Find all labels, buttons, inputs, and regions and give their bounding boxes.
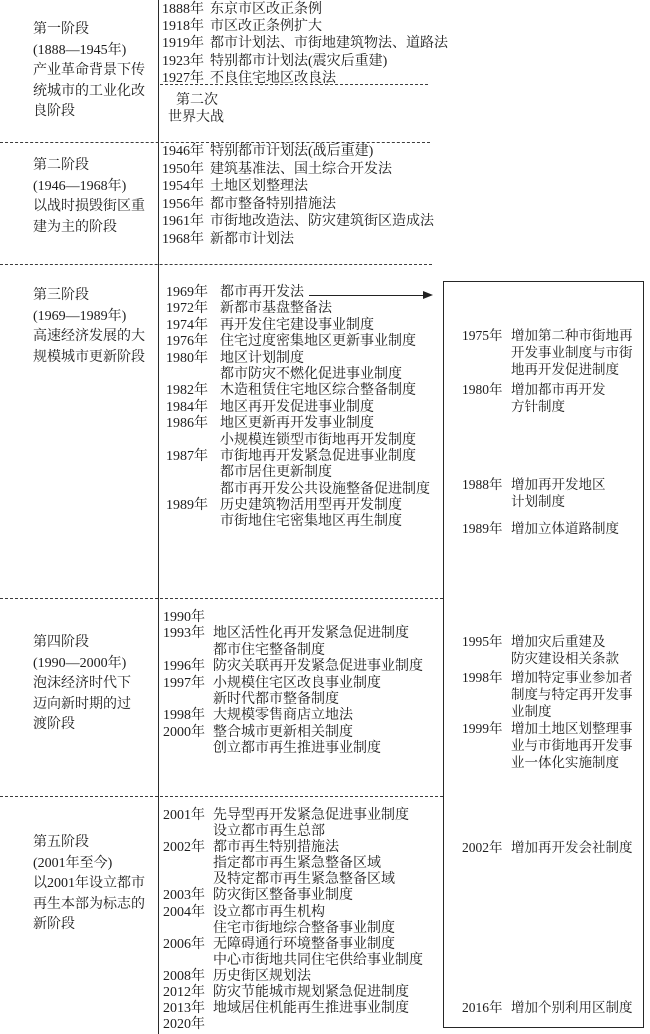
year-label [166,465,220,481]
law-text: 小规模住宅区改良事业制度 [213,676,381,692]
year-label: 2004年 [163,905,213,921]
law-text: 市街地再开发紧急促进事业制度 [220,449,416,465]
timeline-row: 1927年不良住宅地区改良法 [162,70,448,87]
year-label: 1989年 [166,498,220,514]
timeline-row: 1954年土地区划整理法 [162,178,434,196]
law-text: 防灾街区整备事业制度 [213,888,353,904]
law-text: 都市再开发公共设施整备促进制度 [220,482,430,498]
timeline-row: 1980年地区计划制度 [166,351,430,367]
year-label [166,482,220,498]
amendment-item: 1980年 增加都市再开发 方针制度 [444,381,643,415]
law-text: 土地区划整理法 [210,178,308,196]
stage-period: (1888—1945年) [33,41,153,62]
timeline-row: 1976年住宅过度密集地区更新事业制度 [166,334,430,350]
year-label: 1980年 [462,381,511,415]
year-label: 1919年 [162,35,210,52]
stage-3-label: 第三阶段 (1969—1989年) 高速经济发展的大 规模城市更新阶段 [33,286,153,368]
timeline-row: 中心市街地共同住宅供给事业制度 [163,953,423,969]
year-label: 1998年 [462,669,511,720]
stage-period: (2001年至今) [33,854,153,875]
timeline-row: 都市住宅整备制度 [163,643,423,659]
year-label: 1986年 [166,416,220,432]
stage-title: 第五阶段 [33,833,153,854]
timeline-row: 1968年新都市计划法 [162,231,434,249]
stage-1-laws: 1888年东京市区改正条例1918年市区改正条例扩大1919年都市计划法、市街地… [162,1,448,87]
amendment-item: 1995年 增加灾后重建及 防灾建设相关条款 [444,633,643,667]
year-label: 1969年 [166,285,220,301]
year-label: 1974年 [166,318,220,334]
law-text: 大规模零售商店立地法 [213,708,353,724]
law-text: 都市居住更新制度 [220,465,332,481]
year-label: 1968年 [162,231,210,249]
law-text: 指定都市再生紧急整备区域 [213,856,381,872]
law-text: 先导型再开发紧急促进事业制度 [213,808,409,824]
law-text: 小规模连锁型市街地再开发制度 [220,433,416,449]
timeline-row: 2006年无障碍通行环境整备事业制度 [163,937,423,953]
stage-2-laws: 1946年特别都市计划法(战后重建)1950年建筑基准法、国土综合开发法1954… [162,143,434,249]
stage-description: 高速经济发展的大 规模城市更新阶段 [33,327,153,368]
timeline-row: 1946年特别都市计划法(战后重建) [162,143,434,161]
year-label: 1972年 [166,301,220,317]
law-text: 不良住宅地区改良法 [210,70,336,87]
wwii-line-2: 世界大战 [168,109,224,126]
timeline-row: 2020年 [163,1017,423,1033]
stage-period: (1969—1989年) [33,307,153,328]
law-text: 都市防灾不燃化促进事业制度 [220,367,402,383]
year-label: 1961年 [162,213,210,231]
year-label: 1984年 [166,400,220,416]
timeline-row: 2000年整合城市更新相关制度 [163,725,423,741]
law-text: 都市住宅整备制度 [213,643,325,659]
timeline-row: 1919年都市计划法、市街地建筑物法、道路法 [162,35,448,52]
timeline-row: 都市再开发公共设施整备促进制度 [166,482,430,498]
stage-period: (1946—1968年) [33,177,153,198]
year-label: 1995年 [462,633,511,667]
law-text: 市街地住宅密集地区再生制度 [220,514,402,530]
year-label: 1990年 [163,610,213,626]
timeline-row: 1923年特别都市计划法(震灾后重建) [162,53,448,70]
stage-4-label: 第四阶段 (1990—2000年) 泡沫经济时代下 迈向新时期的过 渡阶段 [33,633,153,736]
law-text: 地区更新再开发事业制度 [220,416,374,432]
year-label: 1999年 [462,720,511,771]
timeline-row: 2013年地域居住机能再生推进事业制度 [163,1001,423,1017]
amendment-item: 1988年 增加再开发地区 计划制度 [444,476,643,510]
timeline-row: 1972年新都市基盘整备法 [166,301,430,317]
timeline-row: 1950年建筑基准法、国土综合开发法 [162,161,434,179]
amendment-text: 增加灾后重建及 防灾建设相关条款 [511,633,643,667]
amendment-text: 增加第二种市街地再 开发事业制度与市街 地再开发促进制度 [511,327,643,378]
stage-5-label: 第五阶段 (2001年至今) 以2001年设立都市 再生本部为标志的 新阶段 [33,833,153,936]
timeline-row: 1888年东京市区改正条例 [162,1,448,18]
year-label: 1998年 [163,708,213,724]
year-label [166,433,220,449]
year-label: 2002年 [163,840,213,856]
law-text: 无障碍通行环境整备事业制度 [213,937,395,953]
stage-description: 泡沫经济时代下 迈向新时期的过 渡阶段 [33,674,153,736]
law-text: 创立都市再生推进事业制度 [213,741,381,757]
law-text: 东京市区改正条例 [210,1,322,18]
arrow-right-icon [309,295,423,296]
year-label: 1993年 [163,626,213,642]
stage-period: (1990—2000年) [33,654,153,675]
year-label: 1956年 [162,196,210,214]
stage-1-label: 第一阶段 (1888—1945年) 产业革命背景下传 统城市的工业化改 良阶段 [33,20,153,123]
timeline-row: 1989年历史建筑物活用型再开发制度 [166,498,430,514]
amendment-item: 1999年 增加土地区划整理事 业与市街地再开发事 业一体化实施制度 [444,720,643,771]
timeline-row: 1990年 [163,610,423,626]
timeline-row: 1996年防灾关联再开发紧急促进事业制度 [163,659,423,675]
law-text: 都市计划法、市街地建筑物法、道路法 [210,35,448,52]
year-label [163,872,213,888]
stage-5-laws: 2001年先导型再开发紧急促进事业制度设立都市再生总部2002年都市再生特别措施… [163,808,423,1033]
year-label: 1976年 [166,334,220,350]
timeline-row: 及特定都市再生紧急整备区域 [163,872,423,888]
law-text: 住宅市街地综合整备事业制度 [213,921,395,937]
year-label: 1923年 [162,53,210,70]
timeline-row: 2008年历史街区规划法 [163,969,423,985]
year-label: 1888年 [162,1,210,18]
stage-description: 产业革命背景下传 统城市的工业化改 良阶段 [33,61,153,123]
timeline-row: 1993年地区活性化再开发紧急促进制度 [163,626,423,642]
year-label: 1987年 [166,449,220,465]
law-text: 新都市计划法 [210,231,294,249]
stage-3-laws: 1969年都市再开发法1972年新都市基盘整备法1974年再开发住宅建设事业制度… [166,285,430,531]
stage-title: 第四阶段 [33,633,153,654]
amendment-item: 1989年 增加立体道路制度 [444,520,643,537]
amendment-text: 增加特定事业参加者 制度与特定再开发事 业制度 [511,669,643,720]
law-text: 都市整备特别措施法 [210,196,336,214]
year-label: 1950年 [162,161,210,179]
urban-renewal-timeline-figure: 第一阶段 (1888—1945年) 产业革命背景下传 统城市的工业化改 良阶段 … [0,0,650,1034]
timeline-row: 2003年防灾街区整备事业制度 [163,888,423,904]
year-label: 2013年 [163,1001,213,1017]
amendment-item: 2002年 增加再开发会社制度 [444,839,643,856]
amendments-box: 1975年 增加第二种市街地再 开发事业制度与市街 地再开发促进制度 1980年… [443,281,644,1028]
amendment-text: 增加个别利用区制度 [511,999,643,1016]
law-text: 历史街区规划法 [213,969,311,985]
year-label: 1975年 [462,327,511,378]
year-label: 1946年 [162,143,210,161]
year-label: 2001年 [163,808,213,824]
stage-4-5-divider-line [0,796,443,797]
year-label [163,692,213,708]
law-text: 都市再生特别措施法 [213,840,339,856]
stage-title: 第三阶段 [33,286,153,307]
law-text: 新都市基盘整备法 [220,301,332,317]
amendment-text: 增加都市再开发 方针制度 [511,381,643,415]
year-label: 1997年 [163,676,213,692]
law-text: 住宅过度密集地区更新事业制度 [220,334,416,350]
timeline-row: 1961年市街地改造法、防灾建筑街区造成法 [162,213,434,231]
year-label: 1982年 [166,383,220,399]
stage-title: 第一阶段 [33,20,153,41]
year-label: 2016年 [462,999,511,1016]
wwii-note: 第二次 世界大战 [168,92,224,126]
year-label: 1996年 [163,659,213,675]
timeline-row: 都市居住更新制度 [166,465,430,481]
law-text: 特别都市计划法(震灾后重建) [210,53,387,70]
timeline-row: 1982年木造租赁住宅地区综合整备制度 [166,383,430,399]
timeline-row: 住宅市街地综合整备事业制度 [163,921,423,937]
amendment-text: 增加再开发地区 计划制度 [511,476,643,510]
law-text: 中心市街地共同住宅供给事业制度 [213,953,423,969]
year-label: 1989年 [462,520,511,537]
stage-3-4-divider-line [0,598,443,599]
year-label: 1988年 [462,476,511,510]
law-text: 设立都市再生总部 [213,824,325,840]
stage-description: 以战时损毁街区重 建为主的阶段 [33,197,153,238]
stage-column-divider-line [158,0,159,1034]
timeline-row: 1918年市区改正条例扩大 [162,18,448,35]
amendment-item: 1998年 增加特定事业参加者 制度与特定再开发事 业制度 [444,669,643,720]
timeline-row: 新时代都市整备制度 [163,692,423,708]
year-label: 1980年 [166,351,220,367]
amendment-item: 2016年 增加个别利用区制度 [444,999,643,1016]
law-text: 防灾关联再开发紧急促进事业制度 [213,659,423,675]
law-text: 市街地改造法、防灾建筑街区造成法 [210,213,434,231]
year-label: 2003年 [163,888,213,904]
law-text: 地区活性化再开发紧急促进制度 [213,626,409,642]
law-text: 地域居住机能再生推进事业制度 [213,1001,409,1017]
timeline-row: 创立都市再生推进事业制度 [163,741,423,757]
year-label: 2008年 [163,969,213,985]
amendment-text: 增加再开发会社制度 [511,839,643,856]
year-label: 2006年 [163,937,213,953]
timeline-row: 2002年都市再生特别措施法 [163,840,423,856]
law-text: 新时代都市整备制度 [213,692,339,708]
law-text: 建筑基准法、国土综合开发法 [210,161,392,179]
stage-2-3-divider-line [0,264,432,265]
year-label: 2002年 [462,839,511,856]
stage-4-laws: 1990年1993年地区活性化再开发紧急促进制度都市住宅整备制度1996年防灾关… [163,610,423,758]
timeline-row: 1956年都市整备特别措施法 [162,196,434,214]
amendment-text: 增加土地区划整理事 业与市街地再开发事 业一体化实施制度 [511,720,643,771]
stage-description: 以2001年设立都市 再生本部为标志的 新阶段 [33,874,153,936]
timeline-row: 1984年地区再开发促进事业制度 [166,400,430,416]
year-label: 2012年 [163,985,213,1001]
amendment-item: 1975年 增加第二种市街地再 开发事业制度与市街 地再开发促进制度 [444,327,643,378]
law-text: 木造租赁住宅地区综合整备制度 [220,383,416,399]
timeline-row: 设立都市再生总部 [163,824,423,840]
wwii-line-1: 第二次 [168,92,224,109]
year-label [163,824,213,840]
year-label [163,856,213,872]
law-text: 都市再开发法 [220,285,304,301]
timeline-row: 市街地住宅密集地区再生制度 [166,514,430,530]
timeline-row: 1998年大规模零售商店立地法 [163,708,423,724]
law-text: 整合城市更新相关制度 [213,725,353,741]
timeline-row: 都市防灾不燃化促进事业制度 [166,367,430,383]
law-text: 地区再开发促进事业制度 [220,400,374,416]
year-label [166,514,220,530]
timeline-row: 1997年小规模住宅区改良事业制度 [163,676,423,692]
law-text: 防灾节能城市规划紧急促进制度 [213,985,409,1001]
law-text: 地区计划制度 [220,351,304,367]
timeline-row: 2001年先导型再开发紧急促进事业制度 [163,808,423,824]
amendment-text: 增加立体道路制度 [511,520,643,537]
law-text: 再开发住宅建设事业制度 [220,318,374,334]
year-label [163,643,213,659]
law-text: 及特定都市再生紧急整备区域 [213,872,395,888]
timeline-row: 小规模连锁型市街地再开发制度 [166,433,430,449]
timeline-row: 指定都市再生紧急整备区域 [163,856,423,872]
year-label [163,953,213,969]
law-text: 市区改正条例扩大 [210,18,322,35]
year-label [163,741,213,757]
year-label: 2000年 [163,725,213,741]
year-label: 1954年 [162,178,210,196]
year-label: 1927年 [162,70,210,87]
timeline-row: 1974年再开发住宅建设事业制度 [166,318,430,334]
year-label: 1918年 [162,18,210,35]
law-text: 特别都市计划法(战后重建) [210,143,373,161]
year-label: 2020年 [163,1017,213,1033]
law-text: 历史建筑物活用型再开发制度 [220,498,402,514]
year-label [166,367,220,383]
stage-2-label: 第二阶段 (1946—1968年) 以战时损毁街区重 建为主的阶段 [33,156,153,238]
year-label [163,921,213,937]
timeline-row: 1969年都市再开发法 [166,285,430,301]
timeline-row: 2012年防灾节能城市规划紧急促进制度 [163,985,423,1001]
law-text: 设立都市再生机构 [213,905,325,921]
timeline-row: 2004年设立都市再生机构 [163,905,423,921]
timeline-row: 1986年地区更新再开发事业制度 [166,416,430,432]
stage-title: 第二阶段 [33,156,153,177]
timeline-row: 1987年市街地再开发紧急促进事业制度 [166,449,430,465]
